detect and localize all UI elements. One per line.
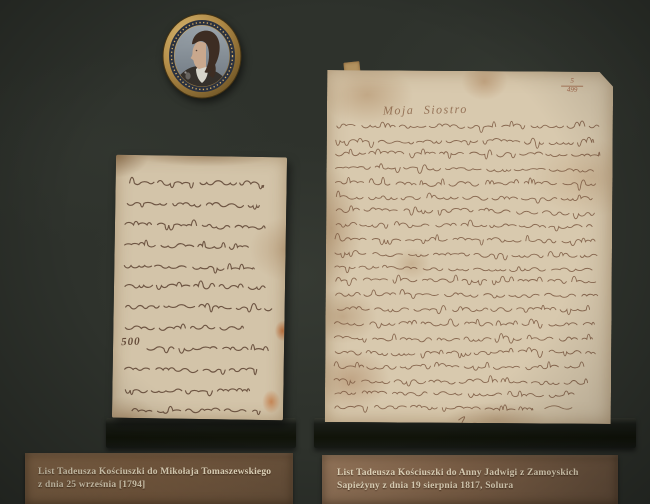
inventory-denominator: 499 [561, 86, 583, 94]
label-plaque-left: List Tadeusza Kościuszki do Mikołaja Tom… [25, 453, 293, 504]
handwritten-number: 500 [121, 336, 141, 349]
label-plaque-right: List Tadeusza Kościuszki do Anny Jadwigi… [322, 455, 618, 504]
inventory-number: 5 499 [561, 78, 583, 94]
glass-highlight [185, 72, 190, 79]
museum-display-photo: 500 Moja Siostro 5 499 List Tadeusza Koś… [0, 0, 650, 504]
portrait-miniature-svg [161, 12, 243, 100]
glass-glint [184, 71, 186, 73]
plaque-right-title: List Tadeusza Kościuszki do Anny Jadwigi… [337, 467, 618, 480]
miniature-portrait [161, 12, 243, 100]
plaque-left-date: z dnia 25 września [1794] [38, 479, 293, 492]
plaque-right-date: Sapieżyny z dnia 19 sierpnia 1817, Solur… [337, 480, 618, 493]
handwriting-lines-right [325, 70, 613, 424]
letter-stand-left [106, 418, 296, 448]
handwriting-lines-left [112, 155, 287, 421]
letter-salutation: Moja Siostro [383, 102, 468, 119]
manuscript-letter-1794: 500 [112, 155, 287, 421]
manuscript-letter-1817: Moja Siostro 5 499 [325, 70, 613, 424]
plaque-left-title: List Tadeusza Kościuszki do Mikołaja Tom… [38, 466, 293, 479]
